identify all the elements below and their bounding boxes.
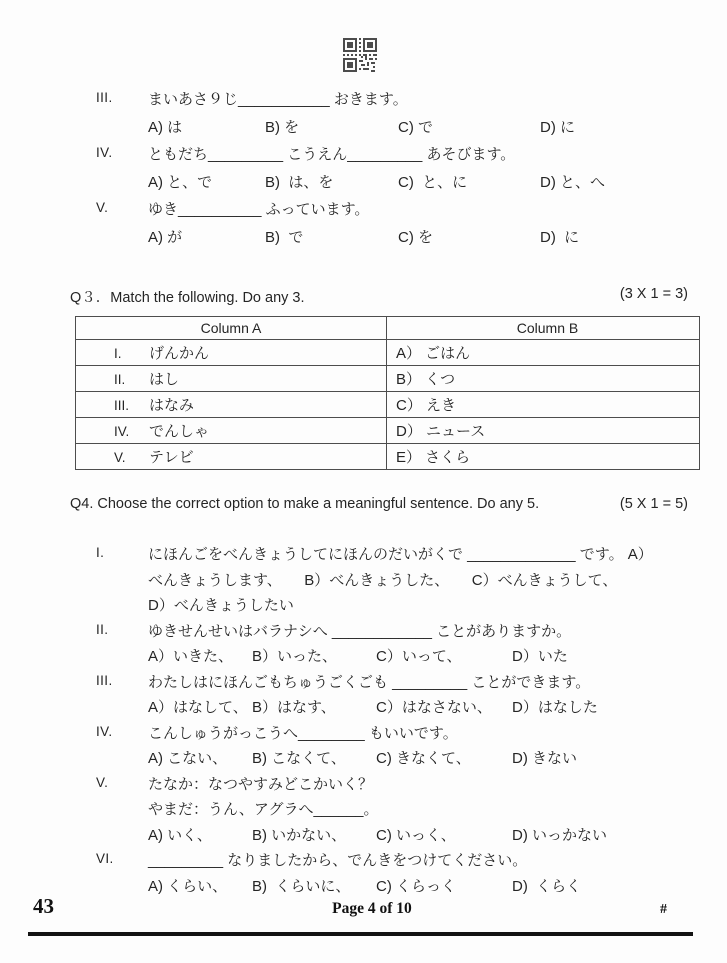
column-a-header: Column A [76, 317, 387, 340]
column-a-value: テレビ [149, 449, 194, 466]
item-numeral: IV. [96, 145, 112, 160]
exam-page: III. まいあさ９じ___________ おきます。 A) は B) を C… [0, 0, 727, 963]
question-line: VI. _________ なりましたから、でんきをつけてください。 [0, 847, 727, 873]
question-line: III. まいあさ９じ___________ おきます。 [0, 86, 727, 114]
option-a: A）いきた、 [148, 645, 252, 666]
option-a: A) と、で [148, 171, 265, 192]
option-d: D）はなした [512, 696, 598, 717]
question-text: D）べんきょうしたい [148, 594, 294, 615]
option-d: D) と、へ [540, 171, 605, 192]
item-numeral: V. [96, 775, 108, 790]
q4-heading-row: Q4. Choose the correct option to make a … [70, 496, 688, 512]
set-number: 43 [33, 894, 54, 919]
option-c: C) で [398, 116, 540, 137]
question-text: _________ なりましたから、でんきをつけてください。 [148, 849, 527, 870]
option-c: C）いって、 [376, 645, 512, 666]
page-number: Page 4 of 10 [332, 900, 412, 918]
row-numeral: V. [114, 450, 149, 465]
q3-marks: (3 X 1 = 3) [620, 286, 688, 307]
column-a-value: はなみ [149, 397, 194, 414]
column-a-value: でんしゃ [149, 423, 209, 440]
option-b: B) こなくて、 [252, 747, 376, 768]
options-row: A) が B) で C) を D) に [0, 224, 727, 252]
option-b: B）いった、 [252, 645, 376, 666]
option-a: A) こない、 [148, 747, 252, 768]
footer-rule [28, 932, 693, 936]
question-text: ともだち_________ こうえん_________ あそびます。 [148, 143, 515, 164]
question-text: こんしゅうがっこうへ________ もいいです。 [148, 722, 458, 743]
table-row: II.はし B） くつ [76, 366, 700, 392]
item-numeral: II. [96, 622, 108, 637]
question-text: まいあさ９じ___________ おきます。 [148, 88, 408, 109]
option-a: A）はなして、 [148, 696, 252, 717]
column-b-value: C） えき [387, 392, 700, 418]
question-line: やまだ：うん、アグラへ______。 [0, 796, 727, 822]
row-numeral: III. [114, 398, 149, 413]
q3-heading: Q３．Match the following. Do any 3. [70, 286, 305, 307]
option-a: A) いく、 [148, 824, 252, 845]
option-c: C) を [398, 226, 540, 247]
item-numeral: I. [96, 545, 104, 560]
option-b: B) で [265, 226, 398, 247]
question-line: V. ゆき__________ ふっています。 [0, 196, 727, 224]
question-line: II. ゆきせんせいはバラナシへ ____________ ことがありますか。 [0, 618, 727, 644]
question-text: やまだ：うん、アグラへ______。 [148, 798, 379, 819]
options-row: A) こない、 B) こなくて、 C) きなくて、 D) きない [0, 745, 727, 771]
item-numeral: V. [96, 200, 108, 215]
option-c: C) くらっく [376, 875, 512, 896]
question-text: たなか：なつやすみどこかいく？ [148, 773, 373, 794]
column-a-value: はし [149, 371, 179, 388]
option-c: C) いっく、 [376, 824, 512, 845]
question-line: IV. ともだち_________ こうえん_________ あそびます。 [0, 141, 727, 169]
option-d: D) いっかない [512, 824, 607, 845]
q3-heading-row: Q３．Match the following. Do any 3. (3 X 1… [70, 286, 688, 307]
qr-code [343, 38, 377, 72]
row-numeral: IV. [114, 424, 149, 439]
page-footer: 43 Page 4 of 10 # [28, 894, 695, 919]
option-b: B) は、を [265, 171, 398, 192]
question-text: ゆき__________ ふっています。 [148, 198, 369, 219]
item-numeral: VI. [96, 851, 114, 866]
question-line: D）べんきょうしたい [0, 592, 727, 618]
question-line: V. たなか：なつやすみどこかいく？ [0, 771, 727, 797]
option-c: C) と、に [398, 171, 540, 192]
question-line: III. わたしはにほんごもちゅうごくごも _________ ことができます。 [0, 669, 727, 695]
question-line: IV. こんしゅうがっこうへ________ もいいです。 [0, 720, 727, 746]
option-a: A) くらい、 [148, 875, 252, 896]
options-row: A) は B) を C) で D) に [0, 114, 727, 142]
item-numeral: IV. [96, 724, 112, 739]
option-d: D) に [540, 226, 579, 247]
option-a: A) は [148, 116, 265, 137]
option-b: B) いかない、 [252, 824, 376, 845]
question-line: I. にほんごをべんきょうしてにほんのだいがくで _____________ で… [0, 541, 727, 567]
option-c: C) きなくて、 [376, 747, 512, 768]
question-line: べんきょうします、 B）べんきょうした、 C）べんきょうして、 [0, 567, 727, 593]
question-text: ゆきせんせいはバラナシへ ____________ ことがありますか。 [148, 620, 571, 641]
option-d: D) きない [512, 747, 577, 768]
options-row: A) と、で B) は、を C) と、に D) と、へ [0, 169, 727, 197]
table-row: V.テレビ E） さくら [76, 444, 700, 470]
column-b-value: A） ごはん [387, 340, 700, 366]
item-numeral: III. [96, 673, 113, 688]
footer-hash: # [660, 902, 667, 918]
options-row: A) いく、 B) いかない、 C) いっく、 D) いっかない [0, 822, 727, 848]
options-row: A）いきた、 B）いった、 C）いって、 D）いた [0, 643, 727, 669]
table-row: IV.でんしゃ D） ニュース [76, 418, 700, 444]
q4-heading: Q4. Choose the correct option to make a … [70, 496, 539, 512]
column-a-value: げんかん [149, 345, 209, 362]
q4-marks: (5 X 1 = 5) [620, 496, 688, 512]
option-d: D）いた [512, 645, 568, 666]
option-a: A) が [148, 226, 265, 247]
option-d: D) に [540, 116, 575, 137]
row-numeral: II. [114, 372, 149, 387]
match-table: Column A Column B I.げんかん A） ごはん II.はし B）… [75, 316, 700, 470]
column-b-header: Column B [387, 317, 700, 340]
question2-continued-section: III. まいあさ９じ___________ おきます。 A) は B) を C… [0, 86, 727, 251]
q4-items-section: I. にほんごをべんきょうしてにほんのだいがくで _____________ で… [0, 541, 727, 898]
column-b-value: D） ニュース [387, 418, 700, 444]
option-b: B) くらいに、 [252, 875, 376, 896]
options-row: A）はなして、 B）はなす、 C）はなさない、 D）はなした [0, 694, 727, 720]
option-b: B）はなす、 [252, 696, 376, 717]
table-row: I.げんかん A） ごはん [76, 340, 700, 366]
item-numeral: III. [96, 90, 113, 105]
table-header-row: Column A Column B [76, 317, 700, 340]
column-b-value: E） さくら [387, 444, 700, 470]
column-b-value: B） くつ [387, 366, 700, 392]
option-c: C）はなさない、 [376, 696, 512, 717]
row-numeral: I. [114, 346, 149, 361]
table-row: III.はなみ C） えき [76, 392, 700, 418]
question-text: べんきょうします、 B）べんきょうした、 C）べんきょうして、 [148, 569, 617, 590]
option-b: B) を [265, 116, 398, 137]
question-text: にほんごをべんきょうしてにほんのだいがくで _____________ です。 … [148, 543, 653, 564]
question-text: わたしはにほんごもちゅうごくごも _________ ことができます。 [148, 671, 590, 692]
option-d: D) くらく [512, 875, 581, 896]
